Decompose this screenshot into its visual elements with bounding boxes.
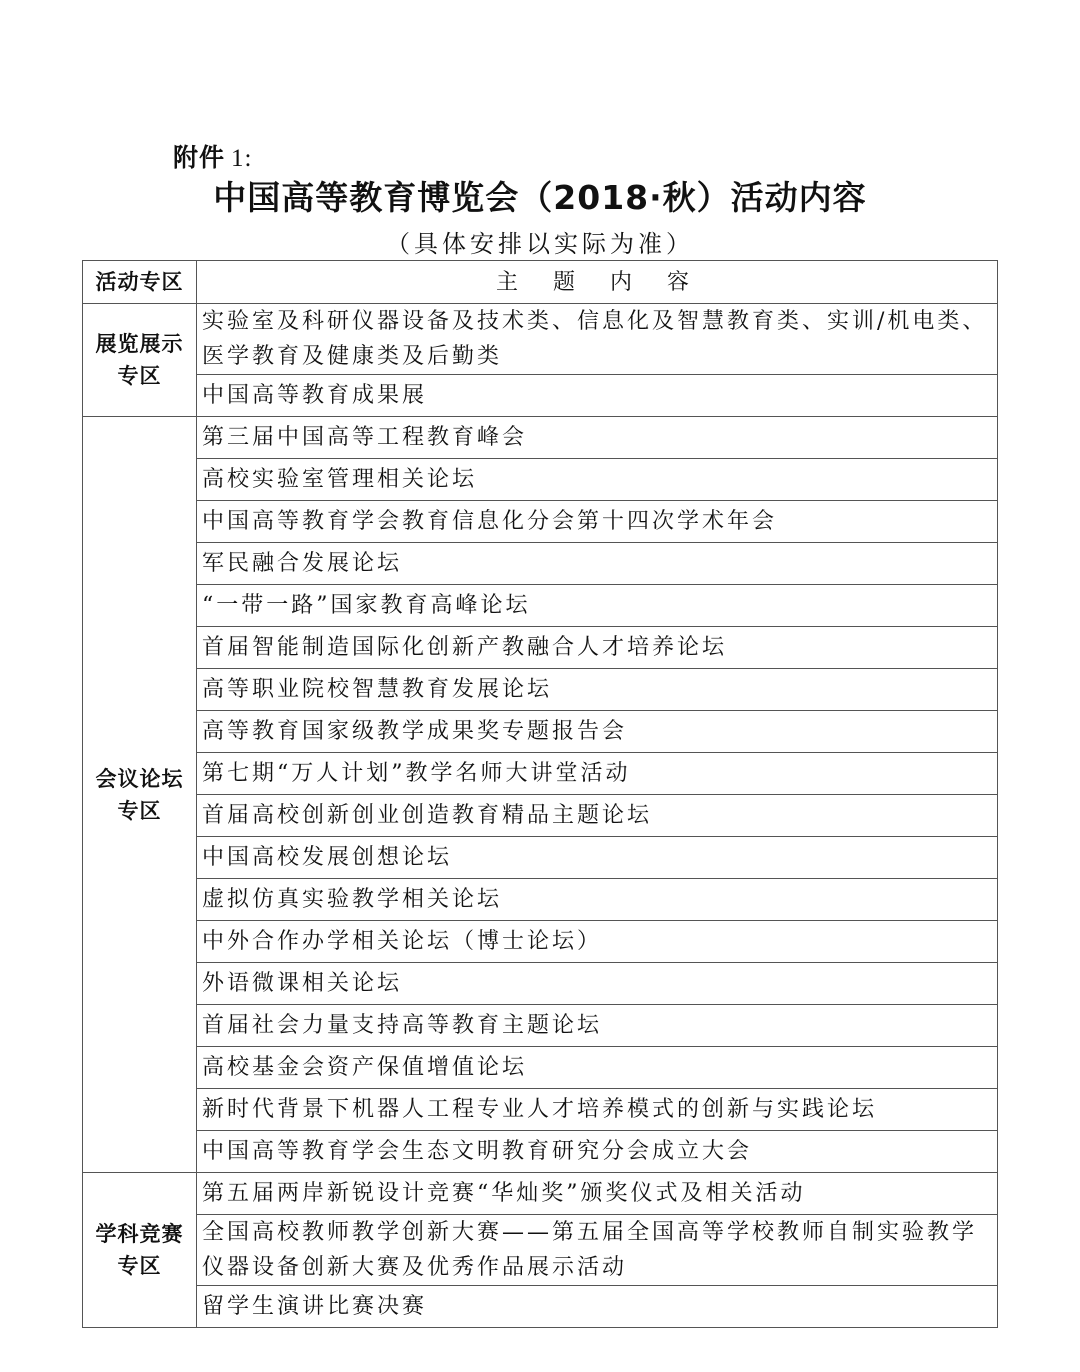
attachment-label: 附件1: (173, 138, 252, 174)
topic-cell: 军民融合发展论坛 (197, 543, 998, 585)
topic-cell: 第七期“万人计划”教学名师大讲堂活动 (197, 753, 998, 795)
attachment-number: 1: (231, 145, 252, 172)
zone-line: 会议论坛 (83, 763, 196, 795)
document-title: 中国高等教育博览会（2018·秋）活动内容 (0, 172, 1080, 219)
table-row: 展览展示 专区 实验室及科研仪器设备及技术类、信息化及智慧教育类、实训/机电类、… (83, 304, 998, 375)
topic-cell: 首届社会力量支持高等教育主题论坛 (197, 1005, 998, 1047)
table-row: 全国高校教师教学创新大赛——第五届全国高等学校教师自制实验教学仪器设备创新大赛及… (83, 1215, 998, 1286)
topic-cell: 中国高等教育学会教育信息化分会第十四次学术年会 (197, 501, 998, 543)
table-row: 中国高等教育学会生态文明教育研究分会成立大会 (83, 1131, 998, 1173)
zone-line: 专区 (83, 795, 196, 827)
topic-cell: 外语微课相关论坛 (197, 963, 998, 1005)
zone-line: 专区 (83, 360, 196, 392)
table-row: 虚拟仿真实验教学相关论坛 (83, 879, 998, 921)
topic-cell: 中外合作办学相关论坛（博士论坛） (197, 921, 998, 963)
topic-cell: 留学生演讲比赛决赛 (197, 1286, 998, 1328)
topic-cell: “一带一路”国家教育高峰论坛 (197, 585, 998, 627)
zone-line: 专区 (83, 1250, 196, 1282)
table-row: 中外合作办学相关论坛（博士论坛） (83, 921, 998, 963)
zone-cell-exhibition: 展览展示 专区 (83, 304, 197, 417)
table-row: 学科竞赛 专区 第五届两岸新锐设计竞赛“华灿奖”颁奖仪式及相关活动 (83, 1173, 998, 1215)
table-row: 中国高等教育学会教育信息化分会第十四次学术年会 (83, 501, 998, 543)
topic-cell: 高等职业院校智慧教育发展论坛 (197, 669, 998, 711)
table-row: 新时代背景下机器人工程专业人才培养模式的创新与实践论坛 (83, 1089, 998, 1131)
table-row: 中国高等教育成果展 (83, 375, 998, 417)
table-row: 高校基金会资产保值增值论坛 (83, 1047, 998, 1089)
table-row: 留学生演讲比赛决赛 (83, 1286, 998, 1328)
zone-line: 学科竞赛 (83, 1218, 196, 1250)
topic-cell: 高校实验室管理相关论坛 (197, 459, 998, 501)
table-row: 首届智能制造国际化创新产教融合人才培养论坛 (83, 627, 998, 669)
table-row: 首届社会力量支持高等教育主题论坛 (83, 1005, 998, 1047)
table-row: 会议论坛 专区 第三届中国高等工程教育峰会 (83, 417, 998, 459)
activity-table: 活动专区 主 题 内 容 展览展示 专区 实验室及科研仪器设备及技术类、信息化及… (82, 260, 998, 1328)
zone-cell-competition: 学科竞赛 专区 (83, 1173, 197, 1328)
topic-cell: 中国高等教育学会生态文明教育研究分会成立大会 (197, 1131, 998, 1173)
topic-cell: 新时代背景下机器人工程专业人才培养模式的创新与实践论坛 (197, 1089, 998, 1131)
table-row: 中国高校发展创想论坛 (83, 837, 998, 879)
zone-line: 展览展示 (83, 328, 196, 360)
topic-cell: 虚拟仿真实验教学相关论坛 (197, 879, 998, 921)
header-topic: 主 题 内 容 (197, 261, 998, 304)
zone-cell-forum: 会议论坛 专区 (83, 417, 197, 1173)
table-row: 首届高校创新创业创造教育精品主题论坛 (83, 795, 998, 837)
topic-cell: 首届高校创新创业创造教育精品主题论坛 (197, 795, 998, 837)
table-row: 外语微课相关论坛 (83, 963, 998, 1005)
topic-cell: 实验室及科研仪器设备及技术类、信息化及智慧教育类、实训/机电类、医学教育及健康类… (197, 304, 998, 375)
document-subtitle: （具体安排以实际为准） (0, 224, 1080, 259)
topic-cell: 高校基金会资产保值增值论坛 (197, 1047, 998, 1089)
header-zone: 活动专区 (83, 261, 197, 304)
table-row: 高等教育国家级教学成果奖专题报告会 (83, 711, 998, 753)
topic-cell: 首届智能制造国际化创新产教融合人才培养论坛 (197, 627, 998, 669)
table-header-row: 活动专区 主 题 内 容 (83, 261, 998, 304)
table-row: 军民融合发展论坛 (83, 543, 998, 585)
topic-cell: 全国高校教师教学创新大赛——第五届全国高等学校教师自制实验教学仪器设备创新大赛及… (197, 1215, 998, 1286)
attachment-word: 附件 (173, 143, 225, 172)
topic-cell: 中国高等教育成果展 (197, 375, 998, 417)
table-row: 第七期“万人计划”教学名师大讲堂活动 (83, 753, 998, 795)
topic-cell: 中国高校发展创想论坛 (197, 837, 998, 879)
table-row: 高校实验室管理相关论坛 (83, 459, 998, 501)
topic-cell: 高等教育国家级教学成果奖专题报告会 (197, 711, 998, 753)
table-row: “一带一路”国家教育高峰论坛 (83, 585, 998, 627)
table-row: 高等职业院校智慧教育发展论坛 (83, 669, 998, 711)
topic-cell: 第五届两岸新锐设计竞赛“华灿奖”颁奖仪式及相关活动 (197, 1173, 998, 1215)
topic-cell: 第三届中国高等工程教育峰会 (197, 417, 998, 459)
